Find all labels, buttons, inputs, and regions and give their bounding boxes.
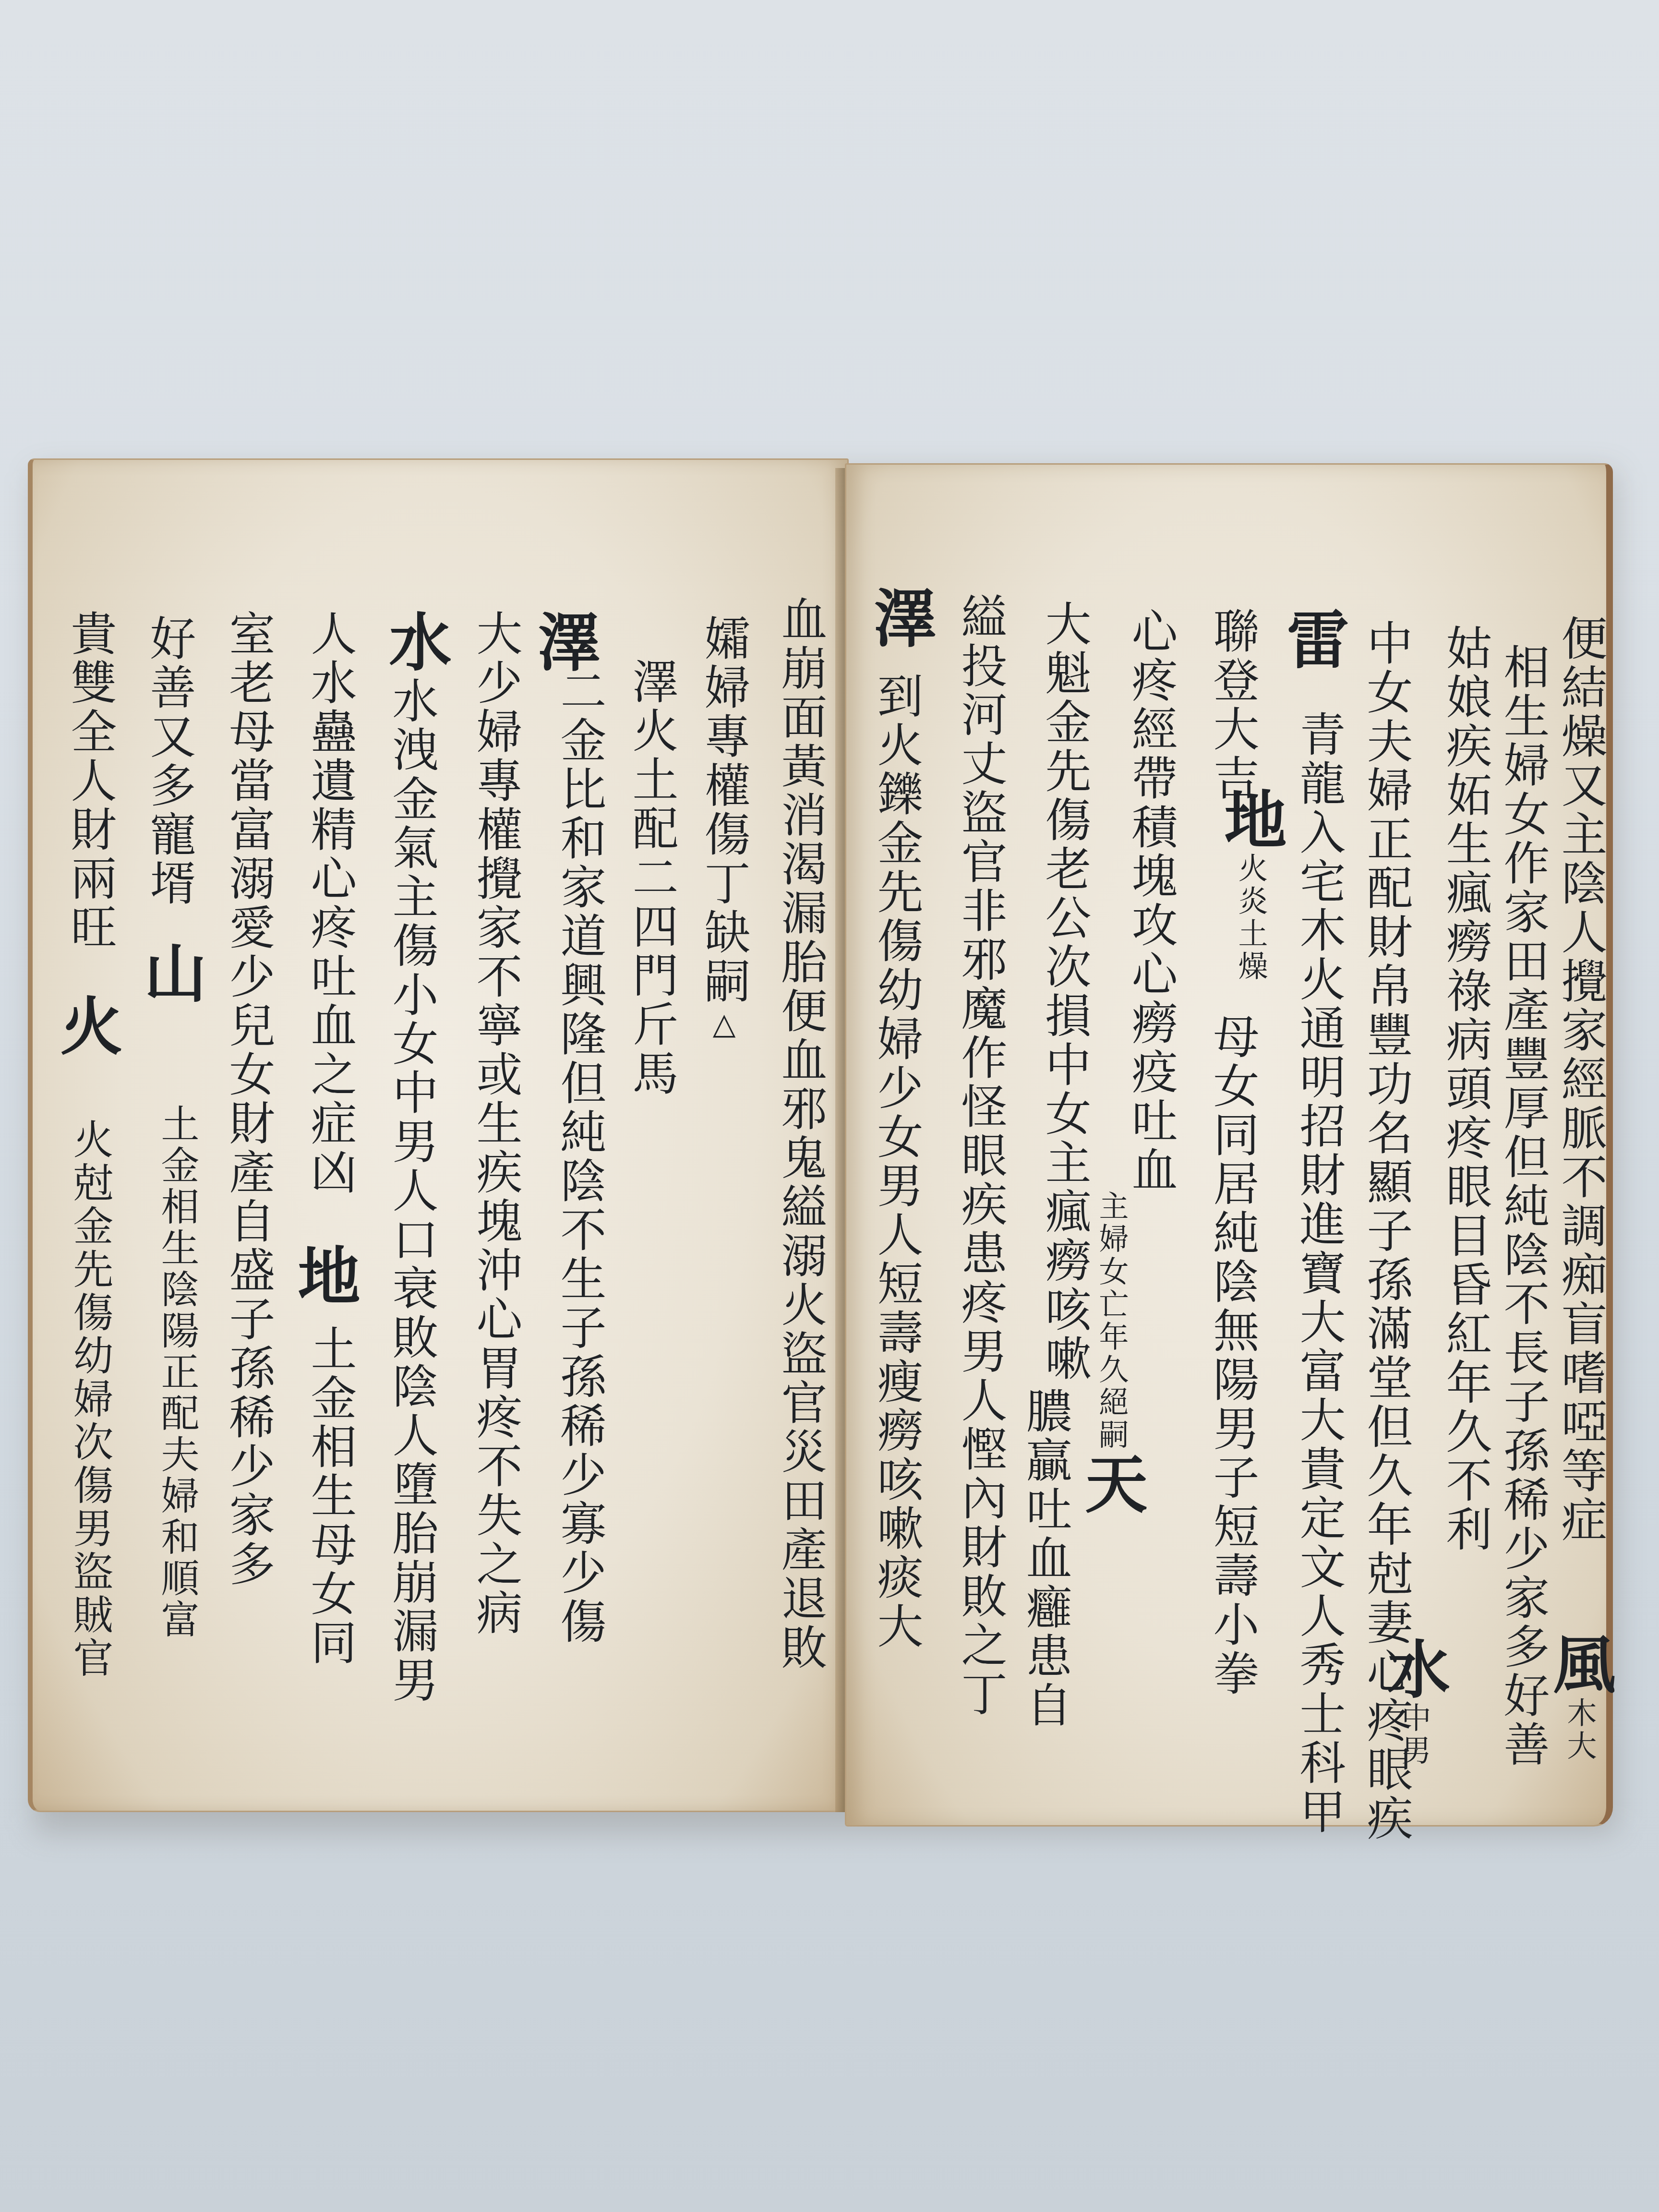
- text-column: 孀婦專權傷丁缺嗣△: [701, 614, 747, 1044]
- heading-thunder: 雷: [1276, 607, 1350, 673]
- heading-heaven: 天: [1075, 1452, 1148, 1517]
- heading-fire: 火: [50, 994, 123, 1059]
- text-column: 貴雙全人財兩旺: [67, 610, 113, 952]
- text-column: 山: [139, 941, 202, 1006]
- text-column: 雷: [1282, 607, 1344, 673]
- heading-water-2: 水: [379, 610, 452, 675]
- text-column: 澤: [869, 586, 931, 651]
- text-column: 大魁金先傷老公次損中女主瘋癆咳嗽: [1042, 600, 1088, 1383]
- text-column: 二金比和家道興隆但純陰不生子孫稀少寡少傷: [557, 667, 603, 1647]
- text-column: 火: [55, 994, 118, 1059]
- heading-wind: 風: [1543, 1632, 1616, 1697]
- text-column: 澤火土配二四門斤馬: [629, 658, 675, 1098]
- text-column: 風木大: [1548, 1632, 1611, 1763]
- text-column: 中女夫婦正配財帛豐功名顯子孫滿堂但久年尅妻心疼眼疾: [1363, 619, 1409, 1843]
- text-column: 火尅金先傷幼婦次傷男盜賊官: [67, 1118, 113, 1680]
- heading-earth: 地: [1214, 787, 1287, 853]
- text-column: 室老母當富溺愛少兒女財產自盛子孫稀少家多: [226, 610, 272, 1589]
- text-column: 土金相生陰陽正配夫婦和順富: [154, 1104, 200, 1641]
- text-column: 水洩金氣主傷小女中男人口衰敗陰人墮胎崩漏男: [389, 677, 435, 1705]
- heading-mountain: 山: [134, 941, 207, 1006]
- heading-lake-2: 澤: [528, 610, 601, 675]
- text-column: 青龍入宅木火通明招財進寶大富大貴定文人秀士科甲: [1296, 710, 1342, 1837]
- text-column: 心疼經帶積塊攻心癆疫吐血: [1128, 607, 1174, 1195]
- text-column: 人水蠱遺精心疼吐血之症凶: [307, 610, 353, 1197]
- text-column: 相生婦女作家田產豐厚但純陰不長子孫稀少家多好善: [1500, 643, 1546, 1769]
- text-column: 到火鑠金先傷幼婦少女男人短壽瘦癆咳嗽痰大: [874, 672, 920, 1651]
- text-column: 地: [293, 1243, 355, 1309]
- heading-earth-2: 地: [288, 1243, 361, 1309]
- text-column: 水: [384, 610, 446, 675]
- text-column: 膿贏吐血癰患自: [1022, 1387, 1069, 1730]
- text-column: 土金相生母女同: [307, 1325, 353, 1668]
- text-column: 姑娘疾妬生瘋癆祿病頭疼眼目昏紅年久不利: [1443, 624, 1489, 1554]
- text-column: 便結燥又主陰人攪家經脈不調痴盲嗜啞等症: [1558, 614, 1604, 1545]
- heading-lake: 澤: [864, 586, 937, 651]
- triangle-mark: △: [707, 1006, 742, 1044]
- text-column: 縊投河丈盜官非邪魔作怪眼疾患疼男人慳內財敗之丁: [958, 593, 1004, 1719]
- text-column: 母女同居純陰無陽男子短壽小拳: [1210, 1013, 1256, 1698]
- text-column: 血崩面黃消渴漏胎便血邪鬼縊溺火盜官災田產退敗: [778, 595, 824, 1672]
- text-column: 好善又多寵壻: [146, 614, 192, 908]
- text-column: 聯登大吉: [1210, 607, 1256, 803]
- text-column: 地火炎土燥: [1219, 787, 1282, 983]
- text-column: 澤: [533, 610, 595, 675]
- text-column: 大少婦專權攪家不寧或生疾塊沖心胃疼不失之病: [473, 610, 519, 1638]
- open-manuscript: 便結燥又主陰人攪家經脈不調痴盲嗜啞等症 風木大 相生婦女作家田產豐厚但純陰不長子…: [0, 0, 1659, 2212]
